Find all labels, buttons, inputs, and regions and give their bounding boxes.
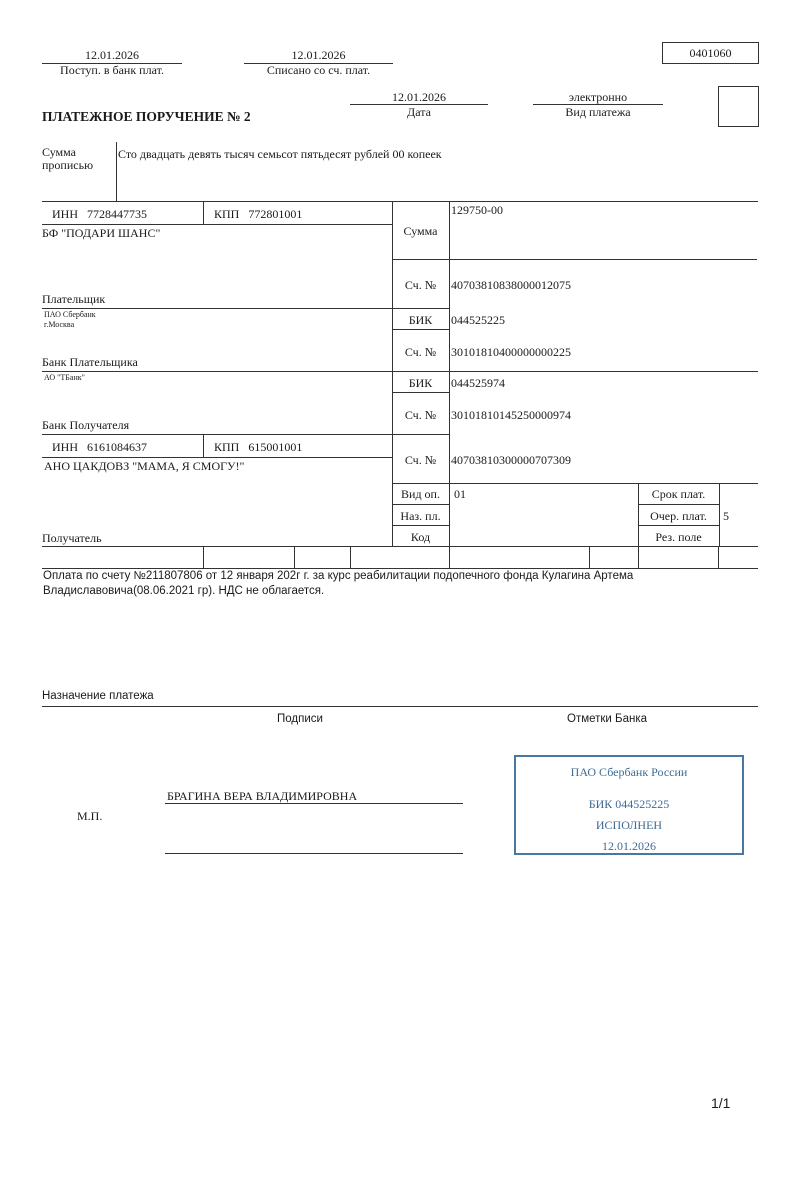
divider bbox=[116, 142, 117, 201]
divider bbox=[392, 525, 449, 526]
stamp-date: 12.01.2026 bbox=[516, 839, 742, 854]
payer-account-label: Сч. № bbox=[392, 278, 449, 293]
divider bbox=[203, 434, 204, 457]
stamp-bank-name: ПАО Сбербанк России bbox=[516, 765, 742, 780]
purpose-text: Оплата по счету №211807806 от 12 января … bbox=[43, 569, 759, 599]
payee-bank-bik: 044525974 bbox=[451, 376, 505, 391]
divider bbox=[42, 434, 450, 435]
purpose-code-label: Наз. пл. bbox=[392, 509, 449, 524]
order-date-label: Дата bbox=[350, 105, 488, 120]
payer-label: Плательщик bbox=[42, 292, 105, 307]
divider bbox=[203, 201, 204, 224]
stamp-status: ИСПОЛНЕН bbox=[516, 818, 742, 833]
payee-account-label: Сч. № bbox=[392, 453, 449, 468]
payer-inn: ИНН 7728447735 bbox=[52, 207, 147, 222]
divider bbox=[589, 546, 590, 568]
stamp-place-label: М.П. bbox=[77, 809, 102, 824]
divider bbox=[638, 525, 719, 526]
amount-words-value: Сто двадцать девять тысяч семьсот пятьде… bbox=[118, 147, 718, 162]
bank-stamp: ПАО Сбербанк России БИК 044525225 ИСПОЛН… bbox=[514, 755, 744, 855]
payer-bank-name-line2: г.Москва bbox=[44, 320, 96, 330]
divider bbox=[392, 259, 757, 260]
received-date: 12.01.2026 bbox=[42, 48, 182, 63]
bank-marks-label: Отметки Банка bbox=[567, 712, 647, 727]
code-label: Код bbox=[392, 530, 449, 545]
signature-line bbox=[165, 853, 463, 854]
page-number: 1/1 bbox=[711, 1095, 730, 1111]
amount-words-label: Сумма прописью bbox=[42, 146, 112, 172]
divider bbox=[42, 224, 392, 225]
payee-inn: ИНН 6161084637 bbox=[52, 440, 147, 455]
payee-kpp-value: 615001001 bbox=[248, 440, 302, 454]
signatures-label: Подписи bbox=[277, 712, 323, 727]
stamp-bik: БИК 044525225 bbox=[516, 797, 742, 812]
divider bbox=[42, 706, 758, 707]
form-code-box: 0401060 bbox=[662, 42, 759, 64]
divider bbox=[392, 329, 449, 330]
payer-bank-bik-label: БИК bbox=[392, 313, 449, 328]
payee-label: Получатель bbox=[42, 531, 102, 546]
payer-kpp-value: 772801001 bbox=[248, 207, 302, 221]
divider bbox=[294, 546, 295, 568]
divider bbox=[719, 483, 720, 547]
form-code: 0401060 bbox=[690, 46, 732, 60]
amount-value: 129750-00 bbox=[451, 203, 503, 218]
payee-account: 40703810300000707309 bbox=[451, 453, 571, 468]
payee-bank-label: Банк Получателя bbox=[42, 418, 129, 433]
priority-label: Очер. плат. bbox=[638, 509, 719, 524]
divider bbox=[203, 546, 204, 568]
priority-value: 5 bbox=[723, 509, 729, 524]
divider bbox=[42, 201, 758, 202]
payer-bank-bik: 044525225 bbox=[451, 313, 505, 328]
payer-name: БФ "ПОДАРИ ШАНС" bbox=[42, 226, 160, 241]
payer-bank-name: ПАО Сбербанк г.Москва bbox=[44, 310, 96, 330]
payer-kpp-label: КПП bbox=[214, 207, 239, 221]
payment-type-label: Вид платежа bbox=[533, 105, 663, 120]
status-box bbox=[718, 86, 759, 127]
payee-bank-account-label: Сч. № bbox=[392, 408, 449, 423]
debited-date: 12.01.2026 bbox=[244, 48, 393, 63]
payer-inn-label: ИНН bbox=[52, 207, 78, 221]
op-type-label: Вид оп. bbox=[392, 487, 449, 502]
payer-account: 40703810838000012075 bbox=[451, 278, 571, 293]
due-label: Срок плат. bbox=[638, 487, 719, 502]
op-type-value: 01 bbox=[454, 487, 466, 502]
payee-bank-account: 30101810145250000974 bbox=[451, 408, 571, 423]
payer-inn-value: 7728447735 bbox=[87, 207, 147, 221]
payer-kpp: КПП 772801001 bbox=[214, 207, 302, 222]
divider bbox=[392, 504, 449, 505]
payer-bank-name-line1: ПАО Сбербанк bbox=[44, 310, 96, 320]
signer-name: БРАГИНА ВЕРА ВЛАДИМИРОВНА bbox=[167, 789, 357, 804]
payer-bank-label: Банк Плательщика bbox=[42, 355, 138, 370]
divider bbox=[42, 546, 758, 547]
payee-inn-value: 6161084637 bbox=[87, 440, 147, 454]
payee-bank-name: АО "ТБанк" bbox=[44, 373, 85, 383]
received-date-label: Поступ. в банк плат. bbox=[42, 63, 182, 78]
reserve-label: Рез. поле bbox=[638, 530, 719, 545]
payee-kpp-label: КПП bbox=[214, 440, 239, 454]
divider bbox=[350, 546, 351, 568]
signature-line bbox=[165, 803, 463, 804]
document-title: ПЛАТЕЖНОЕ ПОРУЧЕНИЕ № 2 bbox=[42, 109, 251, 125]
divider bbox=[42, 371, 758, 372]
purpose-label: Назначение платежа bbox=[42, 689, 154, 704]
debited-date-label: Списано со сч. плат. bbox=[244, 63, 393, 78]
divider bbox=[718, 546, 719, 568]
divider bbox=[42, 457, 392, 458]
amount-label: Сумма bbox=[392, 224, 449, 239]
order-date: 12.01.2026 bbox=[350, 90, 488, 105]
payee-name: АНО ЦАКДОВЗ "МАМА, Я СМОГУ!" bbox=[44, 459, 244, 474]
divider bbox=[42, 308, 450, 309]
payer-bank-account: 30101810400000000225 bbox=[451, 345, 571, 360]
payer-bank-account-label: Сч. № bbox=[392, 345, 449, 360]
divider bbox=[638, 504, 719, 505]
divider bbox=[449, 201, 450, 568]
divider bbox=[392, 483, 758, 484]
payee-bank-bik-label: БИК bbox=[392, 376, 449, 391]
payee-kpp: КПП 615001001 bbox=[214, 440, 302, 455]
payment-type: электронно bbox=[533, 90, 663, 105]
divider bbox=[392, 392, 449, 393]
payee-inn-label: ИНН bbox=[52, 440, 78, 454]
